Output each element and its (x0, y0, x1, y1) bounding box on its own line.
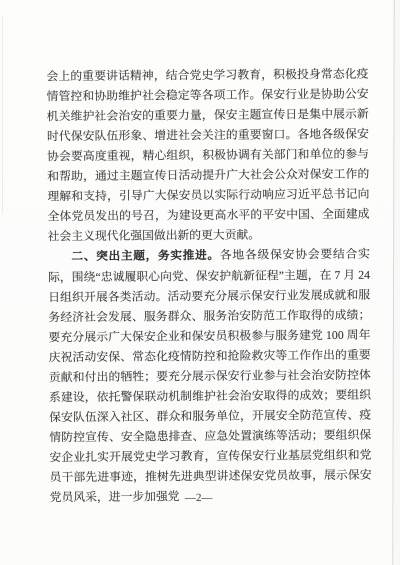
section-heading: 二、突出主题，务实推进。 (71, 249, 219, 263)
page-content: 会上的重要讲话精神，结合党史学习教育，积极投身常态化疫情管控和协助维护社会稳定等… (0, 0, 400, 565)
paragraph-continuation: 会上的重要讲话精神，结合党史学习教育，积极投身常态化疫情管控和协助维护社会稳定等… (46, 64, 369, 247)
paragraph-section-two: 二、突出主题，务实推进。各地各级保安协会要结合实际，围绕“忠诚履职心向党、保安护… (48, 244, 372, 508)
paragraph-text: 会上的重要讲话精神，结合党史学习教育，积极投身常态化疫情管控和协助维护社会稳定等… (46, 67, 369, 244)
scanned-page: 会上的重要讲话精神，结合党史学习教育，积极投身常态化疫情管控和协助维护社会稳定等… (0, 0, 400, 565)
document-body: 会上的重要讲话精神，结合党史学习教育，积极投身常态化疫情管控和协助维护社会稳定等… (46, 64, 371, 508)
paragraph-text: 各地各级保安协会要结合实际，围绕“忠诚履职心向党、保安护航新征程”主题，在 7 … (48, 247, 372, 505)
